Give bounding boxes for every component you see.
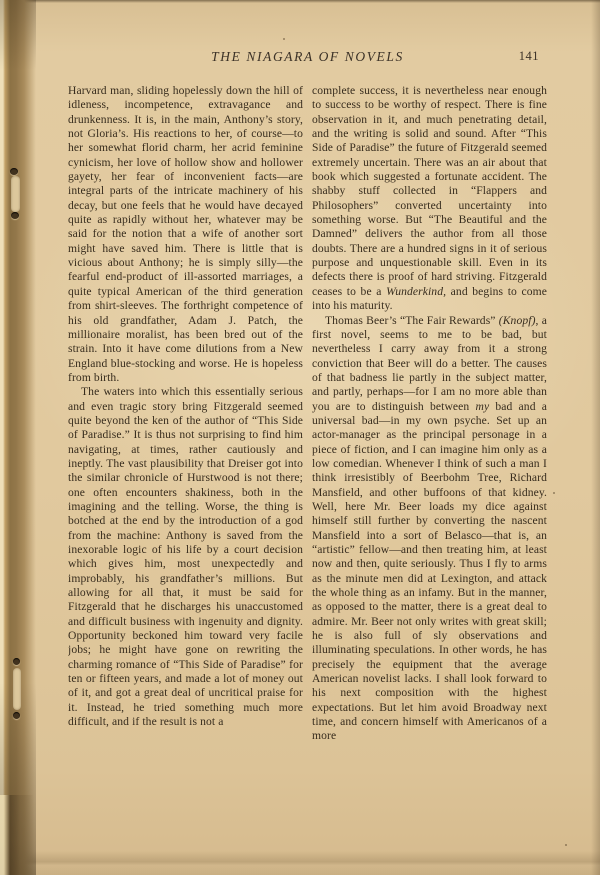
paragraph: Harvard man, sliding hopelessly down the… [68, 84, 303, 385]
binding-hole [13, 712, 20, 719]
text-segment: Thomas Beer’s “The Fair Rewards” [325, 314, 499, 327]
binding-hole [13, 658, 20, 665]
paper-speck [553, 492, 555, 494]
running-header-row: THE NIAGARA OF NOVELS 141 [68, 48, 547, 66]
text-segment: bad and a universal bad—in my own psyche… [312, 400, 547, 743]
page-corner-fold [0, 795, 34, 875]
binding-slot [13, 668, 21, 710]
text-segment: The waters into which this essentially s… [68, 385, 303, 728]
binding-hole [10, 168, 18, 175]
text-segment: complete success, it is nevertheless nea… [312, 84, 547, 298]
italic-text-segment: (Knopf) [499, 314, 536, 327]
page-bottom-edge [0, 851, 600, 875]
paper-speck [565, 844, 567, 846]
text-columns: Harvard man, sliding hopelessly down the… [68, 84, 547, 808]
page-number: 141 [519, 49, 539, 64]
italic-text-segment: my [475, 400, 489, 413]
page-right-edge [591, 0, 600, 875]
text-segment: , a first novel, seems to me to be bad, … [312, 314, 547, 413]
paragraph: The waters into which this essentially s… [68, 385, 303, 729]
book-page: THE NIAGARA OF NOVELS 141 Harvard man, s… [0, 0, 600, 875]
italic-text-segment: Wunderkind, [386, 285, 446, 298]
left-column: Harvard man, sliding hopelessly down the… [68, 84, 303, 808]
paper-speck [283, 38, 285, 40]
right-column: complete success, it is nevertheless nea… [312, 84, 547, 808]
binding-slot [11, 176, 20, 212]
binding-hole [11, 212, 19, 219]
binding-gutter-shade [0, 0, 36, 875]
text-segment: Harvard man, sliding hopelessly down the… [68, 84, 303, 384]
page-top-edge [0, 0, 600, 3]
running-header-title: THE NIAGARA OF NOVELS [211, 49, 404, 65]
paragraph: Thomas Beer’s “The Fair Rewards” (Knopf)… [312, 314, 547, 744]
paragraph: complete success, it is nevertheless nea… [312, 84, 547, 314]
